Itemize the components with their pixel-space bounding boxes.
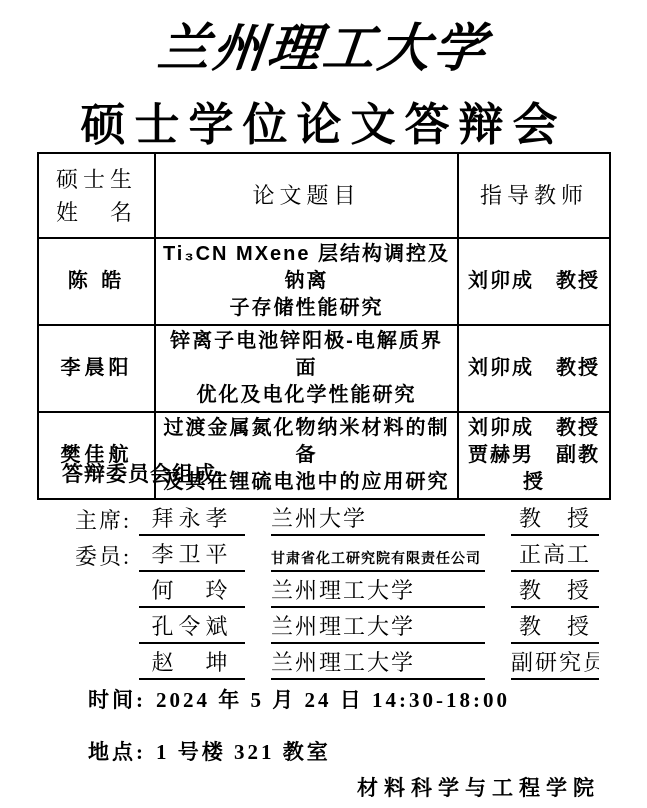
advisor-line2: 贾赫男 副教授 [463,442,605,496]
table-row: 李晨阳 锌离子电池锌阳极-电解质界面 优化及电化学性能研究 刘卯成 教授 [38,325,610,412]
committee-row-member: 赵 坤 兰州理工大学 副研究员 [75,644,600,680]
advisor-line1: 刘卯成 教授 [463,355,605,382]
student-name-cell: 李晨阳 [38,325,155,412]
committee-member-affiliation: 甘肃省化工研究院有限责任公司 [271,547,485,572]
advisor-cell: 刘卯成 教授 [458,238,610,325]
advisor-cell: 刘卯成 教授 [458,325,610,412]
committee-role-label [75,679,139,680]
defense-announcement-page: { "colors": { "text": "#000000", "backgr… [0,0,647,808]
header-student-name: 硕士生 姓 名 [38,153,155,238]
advisor-line1: 刘卯成 教授 [463,268,605,295]
place-value: 1 号楼 321 教室 [156,740,331,764]
committee-heading: 答辩委员会组成: [62,458,224,488]
committee-list: 主席: 拜永孝 兰州大学 教 授 委员: 李卫平 甘肃省化工研究院有限责任公司 … [75,500,600,680]
place-label: 地点: [88,740,146,764]
thesis-title-cell: Ti₃CN MXene 层结构调控及钠离 子存储性能研究 [155,238,458,325]
advisor-line1: 刘卯成 教授 [463,415,605,442]
committee-row-chair: 主席: 拜永孝 兰州大学 教 授 [75,500,600,536]
time-label: 时间: [88,688,146,712]
committee-member-title: 副研究员 [511,646,599,680]
header-advisor: 指导教师 [458,153,610,238]
committee-role-label: 委员: [75,540,139,572]
thesis-title-line2: 优化及电化学性能研究 [160,382,453,409]
table-row: 陈 皓 Ti₃CN MXene 层结构调控及钠离 子存储性能研究 刘卯成 教授 [38,238,610,325]
committee-member-title: 教 授 [511,574,599,608]
committee-member-name: 李卫平 [139,538,245,572]
advisor-cell: 刘卯成 教授 贾赫男 副教授 [458,412,610,499]
header-student-name-line2: 姓 名 [43,196,150,229]
committee-member-title: 教 授 [511,610,599,644]
time-value: 2024 年 5 月 24 日 14:30-18:00 [156,688,510,712]
page-title: 硕士学位论文答辩会 [0,88,647,153]
committee-row-member: 孔令斌 兰州理工大学 教 授 [75,608,600,644]
committee-member-name: 赵 坤 [139,646,245,680]
committee-row-member: 何 玲 兰州理工大学 教 授 [75,572,600,608]
thesis-title-cell: 锌离子电池锌阳极-电解质界面 优化及电化学性能研究 [155,325,458,412]
table-header-row: 硕士生 姓 名 论文题目 指导教师 [38,153,610,238]
thesis-title-line2: 子存储性能研究 [160,295,453,322]
time-line: 时间:2024 年 5 月 24 日 14:30-18:00 [88,684,510,714]
committee-role-label [75,643,139,644]
thesis-title-line1: 锌离子电池锌阳极-电解质界面 [160,328,453,382]
committee-member-name: 孔令斌 [139,610,245,644]
committee-row-member: 委员: 李卫平 甘肃省化工研究院有限责任公司 正高工 [75,536,600,572]
committee-role-label [75,607,139,608]
university-calligraphy-logo: 兰州理工大学 [0,6,647,81]
thesis-title-line1: Ti₃CN MXene 层结构调控及钠离 [160,241,453,295]
committee-member-name: 拜永孝 [139,502,245,536]
committee-role-label: 主席: [75,504,139,536]
department-signature: 材料科学与工程学院 [357,772,600,802]
committee-member-affiliation: 兰州大学 [271,502,485,536]
header-student-name-line1: 硕士生 [43,163,150,196]
place-line: 地点:1 号楼 321 教室 [88,736,331,766]
committee-member-name: 何 玲 [139,574,245,608]
committee-member-affiliation: 兰州理工大学 [271,610,485,644]
student-name-cell: 陈 皓 [38,238,155,325]
header-thesis-title: 论文题目 [155,153,458,238]
committee-member-title: 正高工 [511,538,599,572]
committee-member-affiliation: 兰州理工大学 [271,574,485,608]
defense-table: 硕士生 姓 名 论文题目 指导教师 陈 皓 Ti₃CN MXene 层结构调控及… [37,152,611,500]
committee-member-affiliation: 兰州理工大学 [271,646,485,680]
committee-member-title: 教 授 [511,502,599,536]
